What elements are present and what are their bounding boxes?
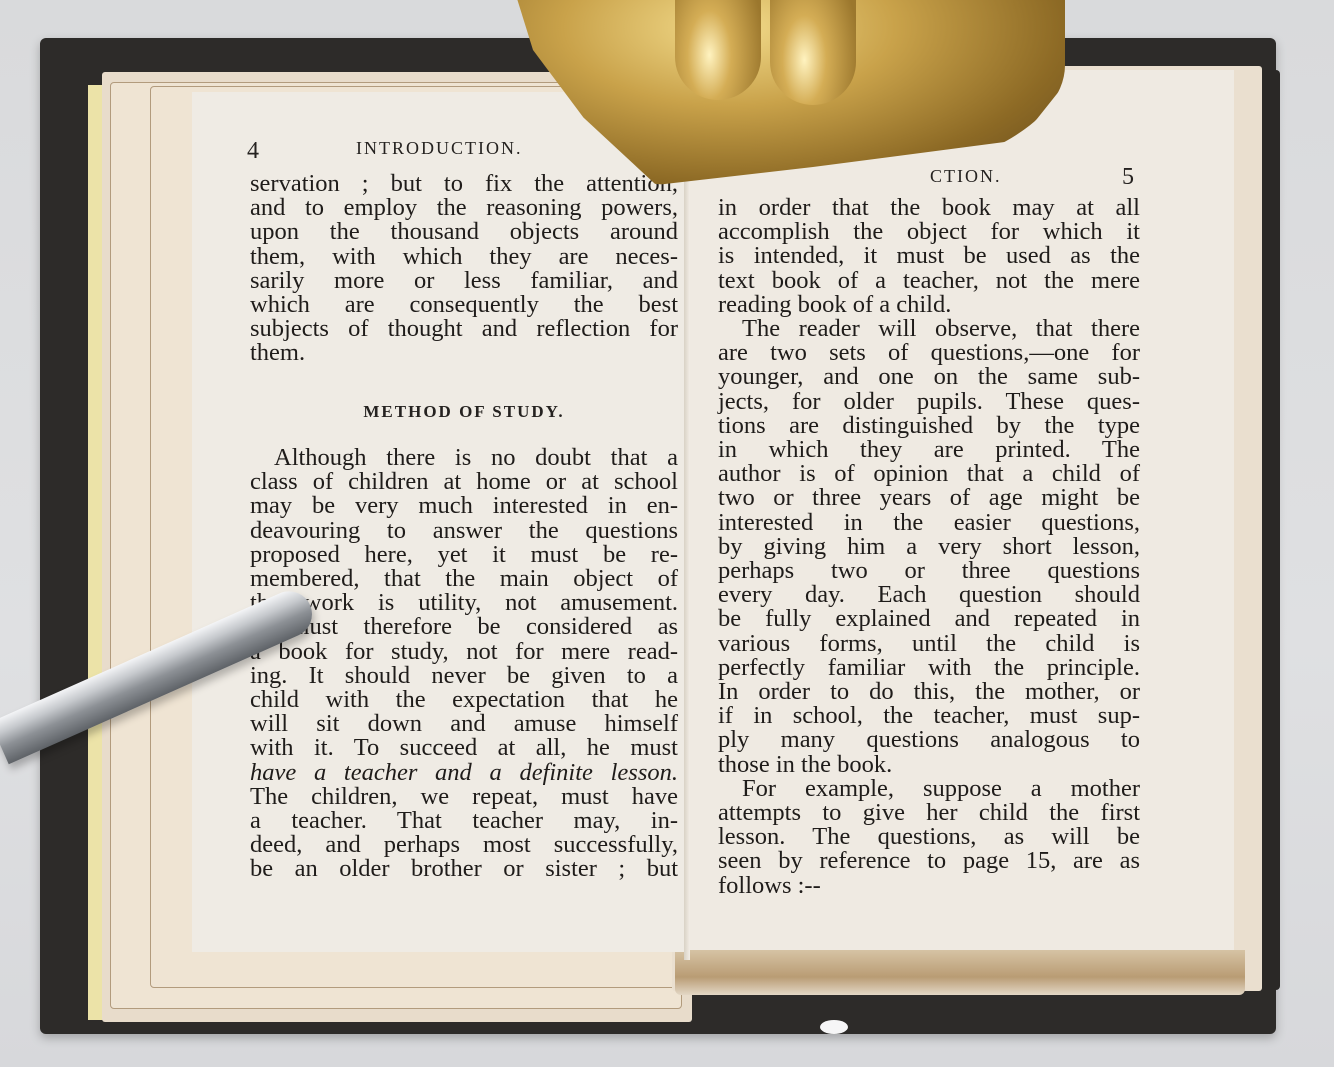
text-line: The children, we repeat, must have — [250, 785, 678, 809]
text-line: which are consequently the best — [250, 293, 678, 317]
text-line: perhaps two or three questions — [718, 559, 1140, 583]
text-line: For example, suppose a mother — [718, 777, 1140, 801]
text-line: text book of a teacher, not the mere — [718, 269, 1140, 293]
text-line: The reader will observe, that there — [718, 317, 1140, 341]
text-line: every day. Each question should — [718, 583, 1140, 607]
left-paragraph-1: servation ; but to fix the attention, an… — [250, 172, 678, 366]
text-line: In order to do this, the mother, or — [718, 680, 1140, 704]
text-line: various forms, until the child is — [718, 632, 1140, 656]
page-bottom-edge-stain — [675, 950, 1245, 995]
text-line: be fully explained and repeated in — [718, 607, 1140, 631]
text-line: have a teacher and a definite lesson. — [250, 761, 678, 785]
text-line: with it. To succeed at all, he must — [250, 736, 678, 760]
text-line: them. — [250, 341, 678, 365]
text-line: sarily more or less familiar, and — [250, 269, 678, 293]
text-line: them, with which they are neces- — [250, 245, 678, 269]
page-number-left: 4 — [247, 138, 259, 165]
text-line: ply many questions analogous to — [718, 728, 1140, 752]
text-line: two or three years of age might be — [718, 486, 1140, 510]
text-line: servation ; but to fix the attention, — [250, 172, 678, 196]
text-line: It must therefore be considered as — [250, 615, 678, 639]
text-line: and to employ the reasoning powers, — [250, 196, 678, 220]
brass-finger-icon — [675, 0, 761, 100]
text-line: perfectly familiar with the principle. — [718, 656, 1140, 680]
running-head-left: INTRODUCTION. — [356, 138, 522, 159]
text-line: accomplish the object for which it — [718, 220, 1140, 244]
right-paragraph-1: in order that the book may at all accomp… — [718, 196, 1140, 898]
text-line: by giving him a very short lesson, — [718, 535, 1140, 559]
text-line: are two sets of questions,—one for — [718, 341, 1140, 365]
text-line: in order that the book may at all — [718, 196, 1140, 220]
text-line: follows :-- — [718, 874, 1140, 898]
text-line: be an older brother or sister ; but — [250, 857, 678, 881]
text-line: tions are distinguished by the type — [718, 414, 1140, 438]
text-line: may be very much interested in en- — [250, 494, 678, 518]
text-line: the work is utility, not amusement. — [250, 591, 678, 615]
running-head-right: CTION. — [930, 166, 1002, 187]
text-line: interested in the easier questions, — [718, 511, 1140, 535]
text-line: a book for study, not for mere read- — [250, 640, 678, 664]
text-line: lesson. The questions, as will be — [718, 825, 1140, 849]
text-line: deed, and perhaps most successfully, — [250, 833, 678, 857]
brass-finger-icon — [770, 0, 856, 105]
text-line: child with the expectation that he — [250, 688, 678, 712]
text-line: subjects of thought and reflection for — [250, 317, 678, 341]
book-gutter — [684, 80, 690, 960]
text-line: if in school, the teacher, must sup- — [718, 704, 1140, 728]
text-line: deavouring to answer the questions — [250, 519, 678, 543]
text-line: proposed here, yet it must be re- — [250, 543, 678, 567]
text-line: will sit down and amuse himself — [250, 712, 678, 736]
text-line: seen by reference to page 15, are as — [718, 849, 1140, 873]
text-line: those in the book. — [718, 753, 1140, 777]
text-line: class of children at home or at school — [250, 470, 678, 494]
text-line: is intended, it must be used as the — [718, 244, 1140, 268]
text-line: membered, that the main object of — [250, 567, 678, 591]
text-line: upon the thousand objects around — [250, 220, 678, 244]
text-line: Although there is no doubt that a — [250, 446, 678, 470]
left-paragraph-2: Although there is no doubt that a class … — [250, 446, 678, 882]
text-line: in which they are printed. The — [718, 438, 1140, 462]
section-title: METHOD OF STUDY. — [250, 402, 678, 422]
text-line: jects, for older pupils. These ques- — [718, 390, 1140, 414]
text-line: younger, and one on the same sub- — [718, 365, 1140, 389]
text-line: author is of opinion that a child of — [718, 462, 1140, 486]
text-line: a teacher. That teacher may, in- — [250, 809, 678, 833]
text-line: ing. It should never be given to a — [250, 664, 678, 688]
text-line: reading book of a child. — [718, 293, 1140, 317]
text-line: attempts to give her child the first — [718, 801, 1140, 825]
small-white-speck — [820, 1020, 848, 1034]
page-number-right: 5 — [1122, 164, 1134, 191]
